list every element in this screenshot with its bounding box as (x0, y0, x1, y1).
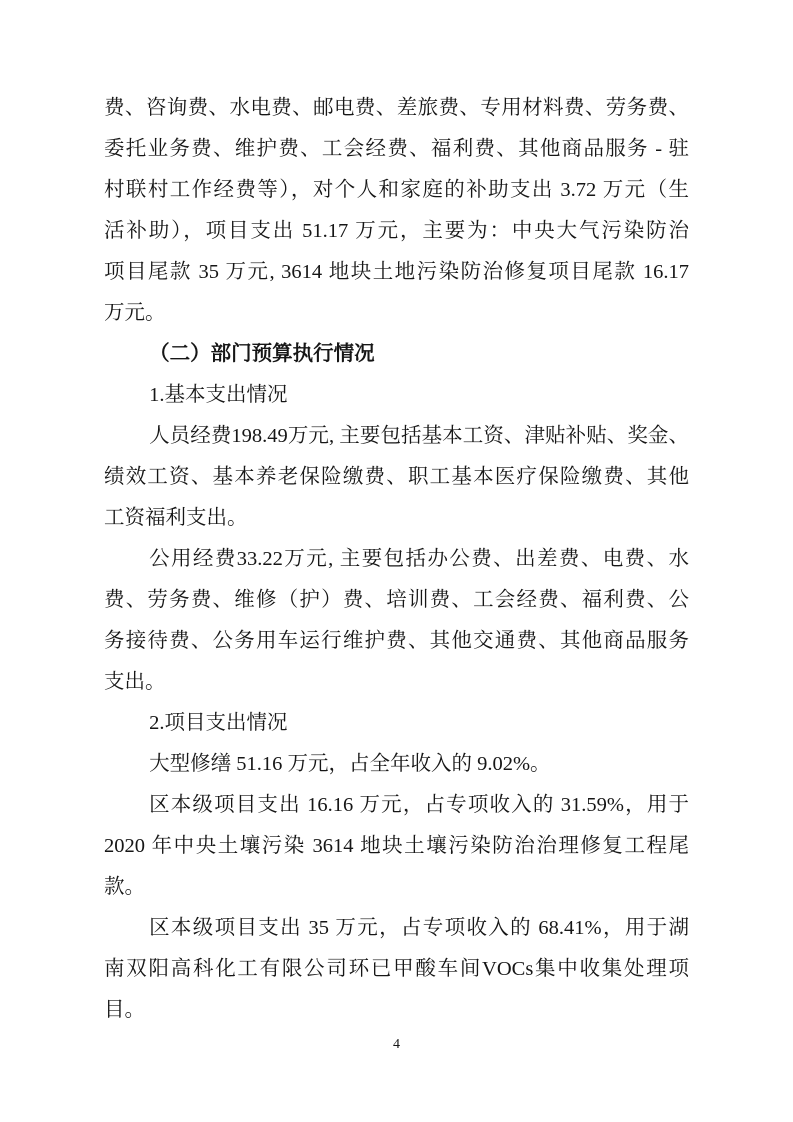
text-line: 绩效工资、基本养老保险缴费、职工基本医疗保险缴费、其他 (104, 457, 689, 498)
text-line: 南双阳高科化工有限公司环已甲酸车间VOCs集中收集处理项 (104, 949, 689, 990)
text-line: 支出。 (104, 662, 689, 703)
text-line: 费、咨询费、水电费、邮电费、差旅费、专用材料费、劳务费、 (104, 88, 689, 129)
text-line: 活补助），项目支出 51.17 万元，主要为：中央大气污染防治 (104, 211, 689, 252)
text-line: 2020 年中央土壤污染 3614 地块土壤污染防治治理修复工程尾 (104, 826, 689, 867)
section-heading: （二）部门预算执行情况 (104, 334, 689, 375)
text-line: 区本级项目支出 35 万元，占专项收入的 68.41%，用于湖 (104, 908, 689, 949)
text-line: 2.项目支出情况 (104, 703, 689, 744)
document-body: 费、咨询费、水电费、邮电费、差旅费、专用材料费、劳务费、委托业务费、维护费、工会… (104, 88, 689, 1031)
text-line: 人员经费198.49万元, 主要包括基本工资、津贴补贴、奖金、 (104, 416, 689, 457)
text-line: 区本级项目支出 16.16 万元，占专项收入的 31.59%，用于 (104, 785, 689, 826)
text-line: 务接待费、公务用车运行维护费、其他交通费、其他商品服务 (104, 621, 689, 662)
text-line: 款。 (104, 867, 689, 908)
text-line: 项目尾款 35 万元, 3614 地块土地污染防治修复项目尾款 16.17 (104, 252, 689, 293)
text-line: 村联村工作经费等），对个人和家庭的补助支出 3.72 万元（生 (104, 170, 689, 211)
page-number: 4 (0, 1036, 793, 1054)
text-line: 万元。 (104, 293, 689, 334)
text-line: 委托业务费、维护费、工会经费、福利费、其他商品服务 - 驻 (104, 129, 689, 170)
document-page: 费、咨询费、水电费、邮电费、差旅费、专用材料费、劳务费、委托业务费、维护费、工会… (0, 0, 793, 1122)
text-line: 工资福利支出。 (104, 498, 689, 539)
text-line: 大型修缮 51.16 万元，占全年收入的 9.02%。 (104, 744, 689, 785)
text-line: 费、劳务费、维修（护）费、培训费、工会经费、福利费、公 (104, 580, 689, 621)
text-line: 1.基本支出情况 (104, 375, 689, 416)
text-line: 目。 (104, 990, 689, 1031)
text-line: 公用经费33.22万元, 主要包括办公费、出差费、电费、水 (104, 539, 689, 580)
